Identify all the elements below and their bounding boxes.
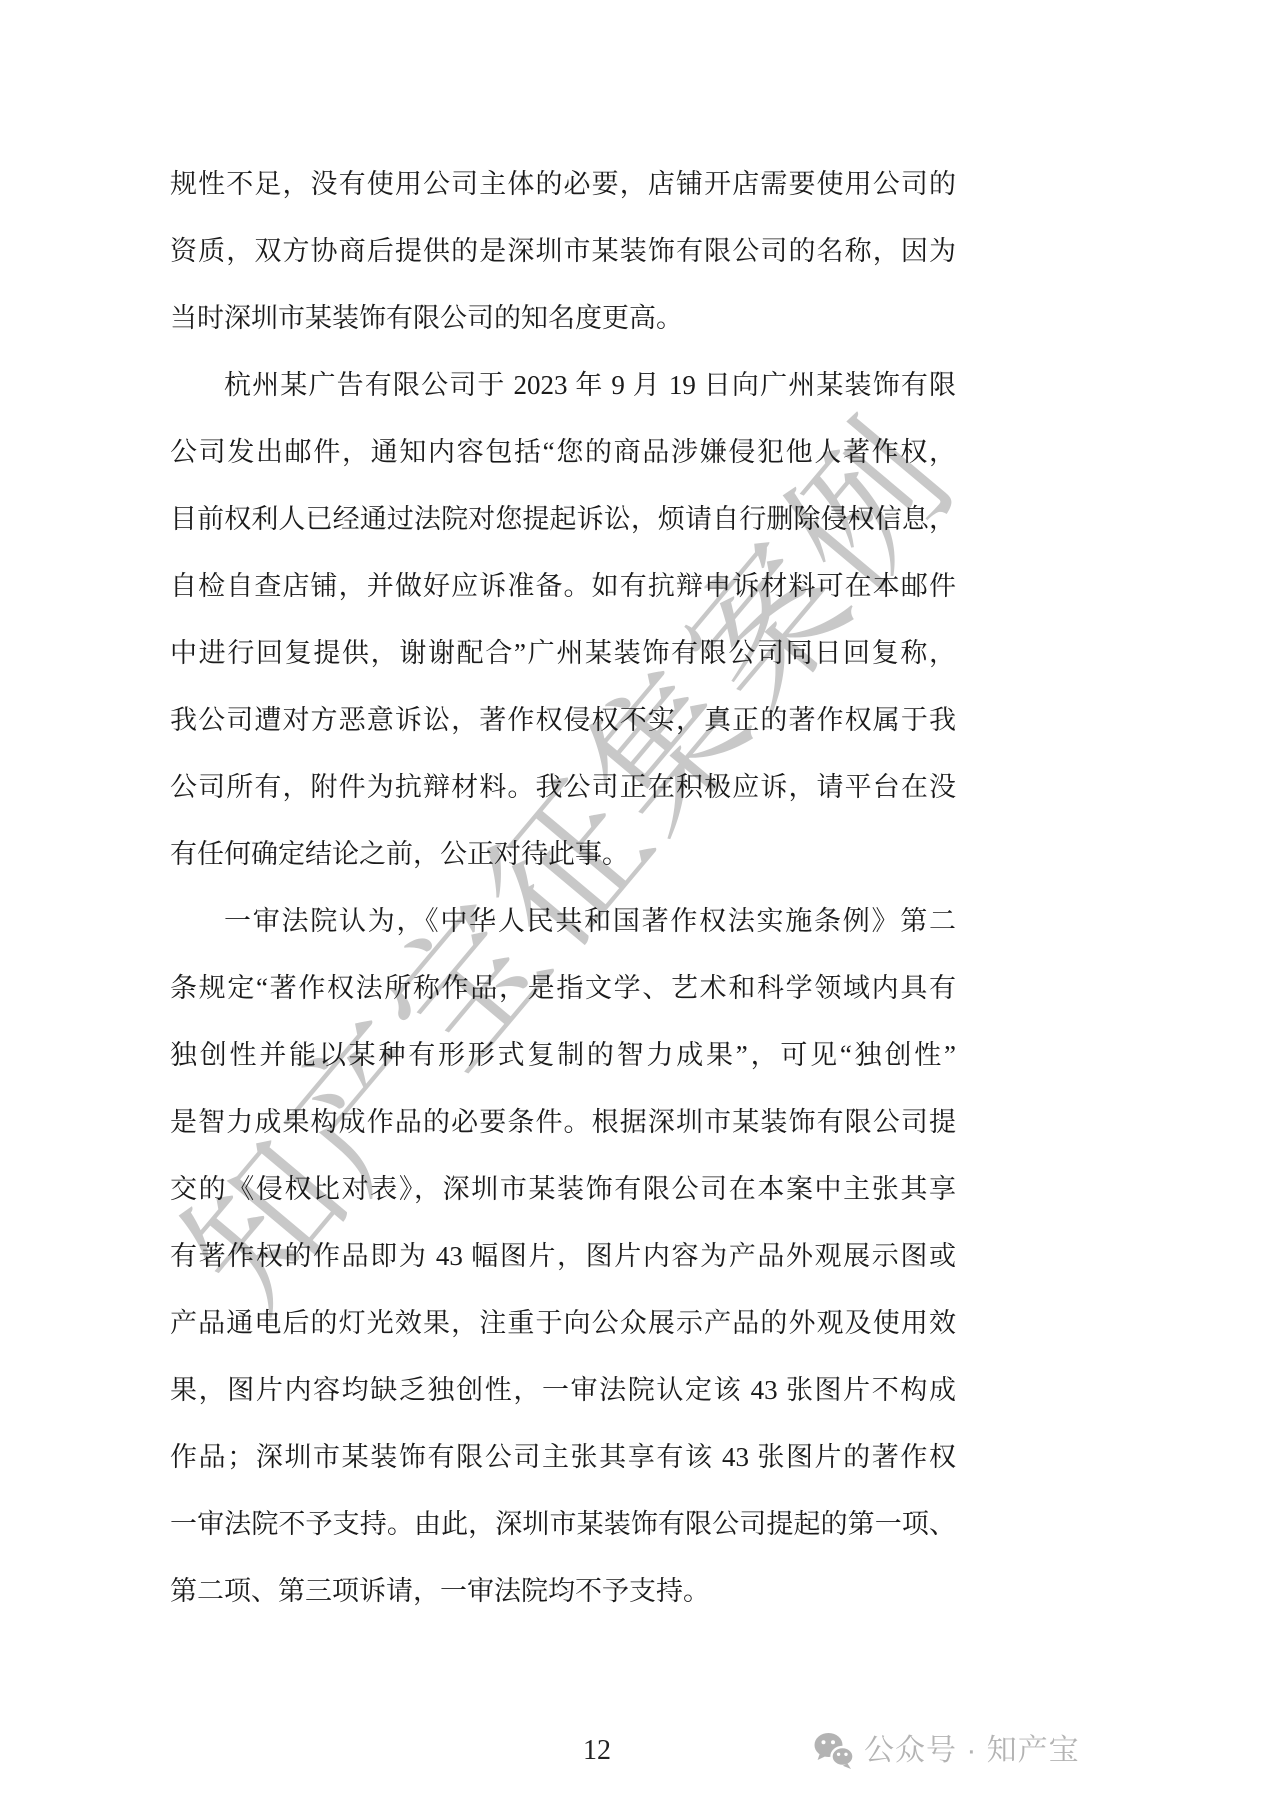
- document-body: 规性不足，没有使用公司主体的必要，店铺开店需要使用公司的资质，双方协商后提供的是…: [170, 151, 956, 1625]
- text-line: 是智力成果构成作品的必要条件。根据深圳市某装饰有限公司提: [170, 1089, 956, 1156]
- text-line: 条规定“著作权法所称作品，是指文学、艺术和科学领域内具有: [170, 955, 956, 1022]
- text-line: 自检自查店铺，并做好应诉准备。如有抗辩申诉材料可在本邮件: [170, 553, 956, 620]
- brand-label: 公众号 · 知产宝: [864, 1731, 1080, 1771]
- text-line: 有任何确定结论之前，公正对待此事。: [170, 821, 956, 888]
- text-line: 杭州某广告有限公司于 2023 年 9 月 19 日向广州某装饰有限: [170, 352, 956, 419]
- text-line: 中进行回复提供，谢谢配合”广州某装饰有限公司同日回复称，: [170, 620, 956, 687]
- page-number: 12: [583, 1733, 611, 1769]
- text-line: 有著作权的作品即为 43 幅图片，图片内容为产品外观展示图或: [170, 1223, 956, 1290]
- wechat-icon: [813, 1732, 855, 1770]
- document-page: 知产宝征集案例 规性不足，没有使用公司主体的必要，店铺开店需要使用公司的资质，双…: [0, 0, 1280, 1810]
- text-line: 交的《侵权比对表》，深圳市某装饰有限公司在本案中主张其享: [170, 1156, 956, 1223]
- text-line: 独创性并能以某种有形形式复制的智力成果”，可见“独创性”: [170, 1022, 956, 1089]
- text-line: 我公司遭对方恶意诉讼，著作权侵权不实，真正的著作权属于我: [170, 687, 956, 754]
- text-line: 果，图片内容均缺乏独创性，一审法院认定该 43 张图片不构成: [170, 1357, 956, 1424]
- text-line: 一审法院不予支持。由此，深圳市某装饰有限公司提起的第一项、: [170, 1491, 956, 1558]
- text-line: 作品；深圳市某装饰有限公司主张其享有该 43 张图片的著作权: [170, 1424, 956, 1491]
- text-line: 资质，双方协商后提供的是深圳市某装饰有限公司的名称，因为: [170, 218, 956, 285]
- text-line: 第二项、第三项诉请，一审法院均不予支持。: [170, 1558, 956, 1625]
- text-line: 公司发出邮件，通知内容包括“您的商品涉嫌侵犯他人著作权，: [170, 419, 956, 486]
- brand-footer: 公众号 · 知产宝: [813, 1731, 1080, 1771]
- text-line: 规性不足，没有使用公司主体的必要，店铺开店需要使用公司的: [170, 151, 956, 218]
- text-line: 目前权利人已经通过法院对您提起诉讼，烦请自行删除侵权信息，: [170, 486, 956, 553]
- text-line: 产品通电后的灯光效果，注重于向公众展示产品的外观及使用效: [170, 1290, 956, 1357]
- text-line: 当时深圳市某装饰有限公司的知名度更高。: [170, 285, 956, 352]
- text-line: 一审法院认为，《中华人民共和国著作权法实施条例》第二: [170, 888, 956, 955]
- text-line: 公司所有，附件为抗辩材料。我公司正在积极应诉，请平台在没: [170, 754, 956, 821]
